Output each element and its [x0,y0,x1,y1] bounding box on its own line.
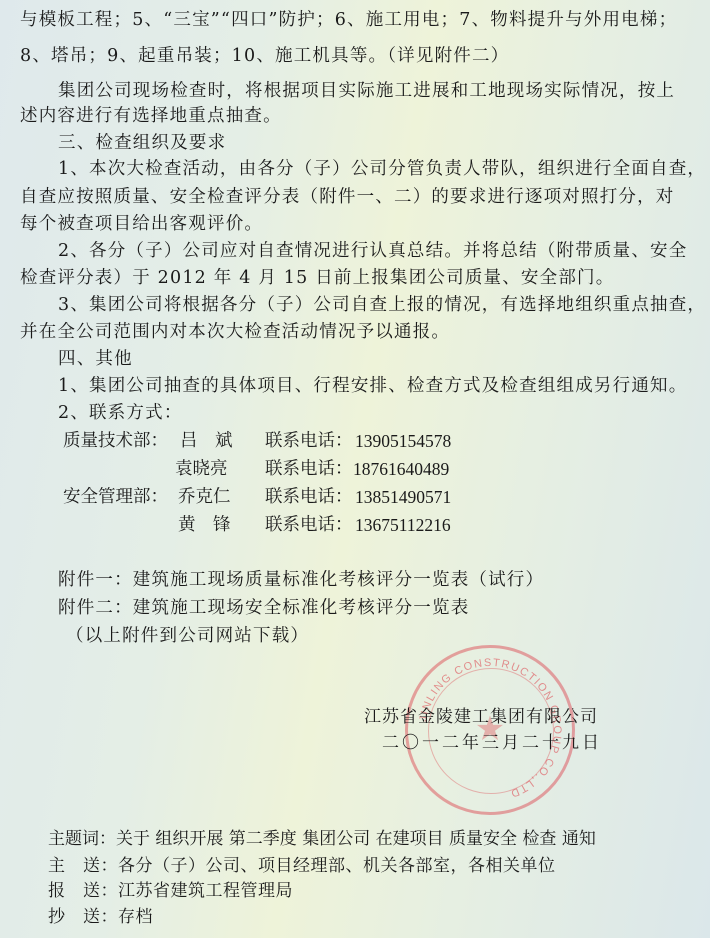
paragraph-line: 1、本次大检查活动，由各分（子）公司分管负责人带队，组织进行全面自查， [58,157,706,181]
attachment-item: 附件一：建筑施工现场质量标准化考核评分一览表（试行） [58,568,544,592]
main-recipients: 主 送：各分（子）公司、项目经理部、机关各部室，各相关单位 [48,854,556,878]
report-recipients: 报 送：江苏省建筑工程管理局 [48,879,293,903]
paragraph-line: 自查应按照质量、安全检查评分表（附件一、二）的要求进行逐项对照打分，对 [20,185,675,209]
contact-name: 黄 锋 [178,513,231,537]
paragraph-line: 述内容进行有选择地重点抽查。 [20,104,282,128]
paragraph-line: 每个被查项目给出客观评价。 [20,212,263,236]
section-heading: 四、其他 [58,347,133,371]
phone-number: 13675112216 [355,513,451,537]
paragraph-line: 并在全公司范围内对本次大检查活动情况予以通报。 [20,320,450,344]
contact-row: 袁晓亮 联系电话： 18761640489 [0,457,710,483]
paragraph-line: 1、集团公司抽查的具体项目、行程安排、检查方式及检查组组成另行通知。 [58,374,687,398]
paragraph-line: 2、各分（子）公司应对自查情况进行认真总结。并将总结（附带质量、安全 [58,239,687,263]
attachment-note: （以上附件到公司网站下载） [66,624,309,648]
contact-row: 质量技术部： 吕 斌 联系电话： 13905154578 [0,429,710,455]
paragraph-line: 8、塔吊；9、起重吊装；10、施工机具等。（详见附件二） [20,44,509,68]
phone-number: 13851490571 [355,485,451,509]
contact-name: 袁晓亮 [175,457,228,481]
paragraph-line: 2、联系方式： [58,401,183,425]
contact-row: 黄 锋 联系电话： 13675112216 [0,513,710,539]
contact-row: 安全管理部： 乔克仁 联系电话： 13851490571 [0,485,710,511]
paragraph-line: 3、集团公司将根据各分（子）公司自查上报的情况，有选择地组织重点抽查， [58,293,706,317]
section-heading: 三、检查组织及要求 [58,131,226,155]
company-name: 江苏省金陵建工集团有限公司 [364,705,598,729]
phone-number: 18761640489 [353,457,449,481]
seal-emblem: JINLING CONSTRUCTION GROUP CO.,LTD ★ [408,648,572,812]
paragraph-line: 与模板工程；5、“三宝”“四口”防护；6、施工用电；7、物料提升与外用电梯； [20,8,677,32]
paragraph-line: 检查评分表）于 2012 年 4 月 15 日前上报集团公司质量、安全部门。 [20,266,614,290]
copy-recipients: 抄 送：存档 [48,905,153,929]
phone-label: 联系电话： [265,457,353,481]
subject-keywords: 主题词：关于 组织开展 第二季度 集团公司 在建项目 质量安全 检查 通知 [48,827,596,851]
contact-name: 乔克仁 [178,485,231,509]
phone-label: 联系电话： [265,429,353,453]
phone-label: 联系电话： [265,513,353,537]
document-date: 二〇一二年三月二十九日 [382,731,602,755]
attachment-item: 附件二：建筑施工现场安全标准化考核评分一览表 [58,596,469,620]
department-label: 质量技术部： [63,429,168,453]
department-label: 安全管理部： [63,485,168,509]
contact-name: 吕 斌 [180,429,233,453]
company-seal: JINLING CONSTRUCTION GROUP CO.,LTD ★ [405,645,575,815]
paragraph-line: 集团公司现场检查时，将根据项目实际施工进展和工地现场实际情况，按上 [58,79,675,103]
phone-label: 联系电话： [265,485,353,509]
phone-number: 13905154578 [355,429,451,453]
